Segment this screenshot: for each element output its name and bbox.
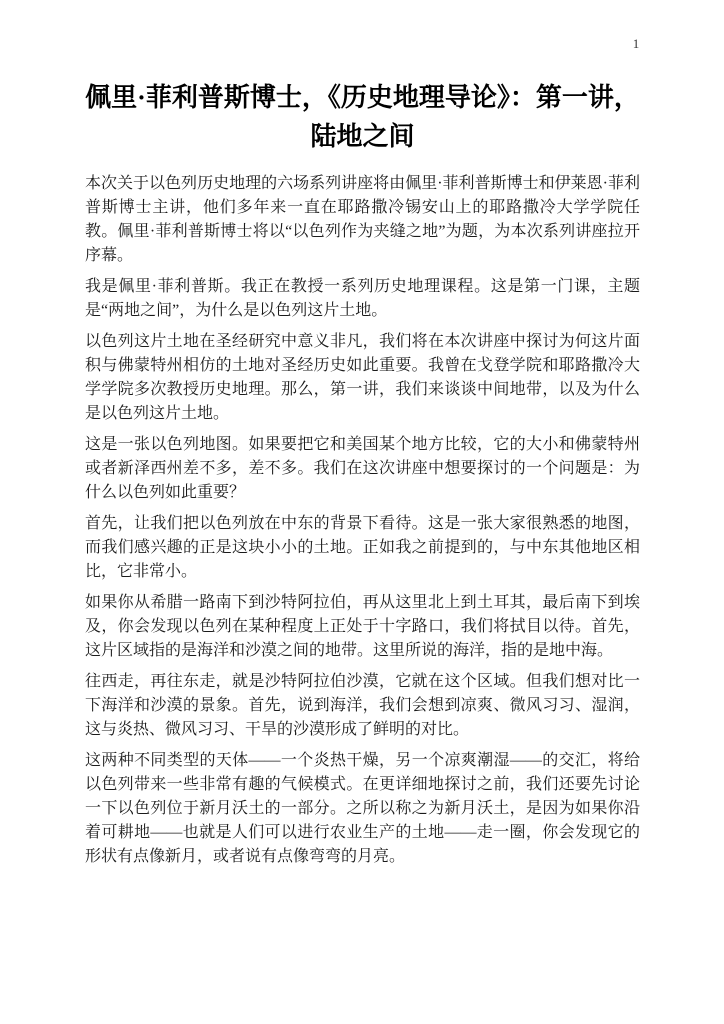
document-body: 本次关于以色列历史地理的六场系列讲座将由佩里·菲利普斯博士和伊莱恩·菲利普斯博士… bbox=[85, 172, 640, 869]
paragraph: 往西走，再往东走，就是沙特阿拉伯沙漠，它就在这个区域。但我们想对比一下海洋和沙漠… bbox=[85, 670, 640, 742]
paragraph: 以色列这片土地在圣经研究中意义非凡，我们将在本次讲座中探讨为何这片面积与佛蒙特州… bbox=[85, 330, 640, 426]
paragraph: 首先，让我们把以色列放在中东的背景下看待。这是一张大家很熟悉的地图，而我们感兴趣… bbox=[85, 512, 640, 584]
paragraph: 我是佩里·菲利普斯。我正在教授一系列历史地理课程。这是第一门课，主题是“两地之间… bbox=[85, 275, 640, 323]
paragraph: 如果你从希腊一路南下到沙特阿拉伯，再从这里北上到土耳其，最后南下到埃及，你会发现… bbox=[85, 591, 640, 663]
document-title: 佩里·菲利普斯博士，《历史地理导论》：第一讲，陆地之间 bbox=[85, 78, 640, 156]
document-page: 1 佩里·菲利普斯博士，《历史地理导论》：第一讲，陆地之间 本次关于以色列历史地… bbox=[0, 0, 724, 1024]
paragraph: 这两种不同类型的天体——一个炎热干燥，另一个凉爽潮湿——的交汇，将给以色列带来一… bbox=[85, 749, 640, 869]
paragraph: 这是一张以色列地图。如果要把它和美国某个地方比较，它的大小和佛蒙特州或者新泽西州… bbox=[85, 433, 640, 505]
document-content: 佩里·菲利普斯博士，《历史地理导论》：第一讲，陆地之间 本次关于以色列历史地理的… bbox=[85, 0, 640, 876]
paragraph: 本次关于以色列历史地理的六场系列讲座将由佩里·菲利普斯博士和伊莱恩·菲利普斯博士… bbox=[85, 172, 640, 268]
